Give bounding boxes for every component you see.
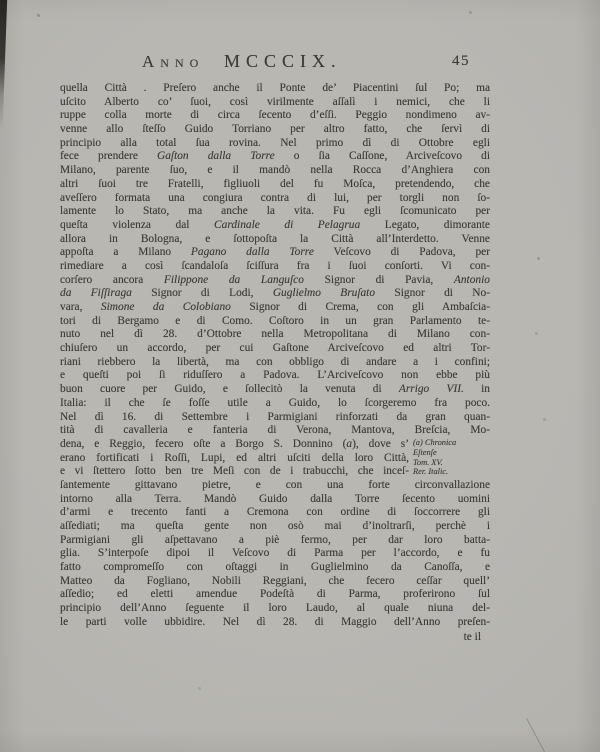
text-line: rimediare a così ſcandaloſa ſciſſura fra… bbox=[60, 260, 490, 274]
text-line: queſta violenza dal Cardinale di Pelagru… bbox=[60, 219, 490, 233]
sidenote-line: Rer. Italic. bbox=[413, 467, 493, 477]
text-line: Milano, parente ſuo, e il mandò nella Ro… bbox=[60, 164, 490, 178]
text-line: Parmigiani gli aſpettavano a piè fermo, … bbox=[60, 534, 490, 548]
text-line: aſſedio; ed eletti amendue Podeſtà di Pa… bbox=[60, 588, 490, 602]
text-line: principio alla total ſua rovina. Nel pri… bbox=[60, 137, 490, 151]
text-line: corſero ancora Filippone da Languſco Sig… bbox=[60, 274, 490, 288]
text-line: nuto nel dì 28. d’Ottobre nella Metropol… bbox=[60, 328, 490, 342]
text-line: principio dell’Anno ſeguente il loro Lau… bbox=[60, 602, 490, 616]
text-line: vara, Simone da Colobiano Signor di Crem… bbox=[60, 301, 490, 315]
dust-specks bbox=[37, 14, 40, 17]
text-line: Italia: il che ſe foſſe utile a Guido, l… bbox=[60, 397, 490, 411]
header-year: MCCCIX. bbox=[224, 51, 342, 72]
sidenote-line: Eſtenſe bbox=[413, 448, 493, 458]
text-line: fece prendere Gaſton dalla Torre o ſia C… bbox=[60, 150, 490, 164]
sidenote-line: (a) Chronica bbox=[413, 438, 493, 448]
text-line: glia. S’interpoſe dipoi il Veſcovo di Pa… bbox=[60, 547, 490, 561]
sidenote: (a) Chronica Eſtenſe Tom. XV. Rer. Itali… bbox=[413, 438, 493, 477]
text-line: tori di Bergamo e di Como. Coſtoro in un… bbox=[60, 315, 490, 329]
text-line: intorno alla Terra. Mandò Guido dalla To… bbox=[60, 493, 490, 507]
page-header: Anno MCCCIX. 45 bbox=[0, 51, 600, 73]
text-line: lamente lo Stato, ma anche la vita. Fu e… bbox=[60, 205, 490, 219]
text-line: allora in Bologna, e ſottopoſta la Città… bbox=[60, 233, 490, 247]
scratch-artifact bbox=[526, 718, 546, 752]
text-line: aveſſero formata una congiura contra di … bbox=[60, 192, 490, 206]
text-line: fatto compromeſſo con oſtaggi in Gugliel… bbox=[60, 561, 490, 575]
text-line: da Fiſſiraga Signor di Lodi, Guglielmo B… bbox=[60, 287, 490, 301]
text-line: tità di cavalleria e fanteria di Verona,… bbox=[60, 424, 490, 438]
text-line: le parti volle ubbidire. Nel dì 28. di M… bbox=[60, 616, 490, 630]
text-line: venne allo ſteſſo Guido Torriano per alt… bbox=[60, 123, 490, 137]
body-text: quella Città . Preſero anche il Ponte de… bbox=[60, 82, 490, 630]
text-line: buon cuore per Guido, e ſollecitò la ven… bbox=[60, 383, 490, 397]
text-line: quella Città . Preſero anche il Ponte de… bbox=[60, 82, 490, 96]
text-line: Nel dì 16. di Settembre i Parmigiani rin… bbox=[60, 411, 490, 425]
text-line: uſcito Alberto co’ ſuoi, così virilmente… bbox=[60, 96, 490, 110]
catchword: te il bbox=[60, 631, 490, 645]
page-number: 45 bbox=[452, 53, 470, 70]
text-line: ſantemente gittavano pietre, e con una f… bbox=[60, 479, 490, 493]
header-anno: Anno bbox=[142, 52, 204, 72]
sidenote-line: Tom. XV. bbox=[413, 458, 493, 468]
text-line: appoſta a Milano Pagano dalla Torre Veſc… bbox=[60, 246, 490, 260]
text-line: chiuſero un accordo, per cui Gaſtone Arc… bbox=[60, 342, 490, 356]
text-line: riani riebbero la libertà, ma con obblig… bbox=[60, 356, 490, 370]
text-line: d’armi e trecento fanti a Cremona con or… bbox=[60, 506, 490, 520]
text-line: altri ſuoi tre Fratelli, figliuoli del f… bbox=[60, 178, 490, 192]
text-line: Matteo da Fogliano, Nobili Reggiani, che… bbox=[60, 575, 490, 589]
book-page-scan: Anno MCCCIX. 45 quella Città . Preſero a… bbox=[0, 0, 600, 752]
text-line: ruppe colla morte di circa ſecento d’eſſ… bbox=[60, 109, 490, 123]
text-line: e queſti poi ſi riduſſero a Padova. L’Ar… bbox=[60, 369, 490, 383]
text-line: aſſediati; ma queſta gente non osò mai d… bbox=[60, 520, 490, 534]
